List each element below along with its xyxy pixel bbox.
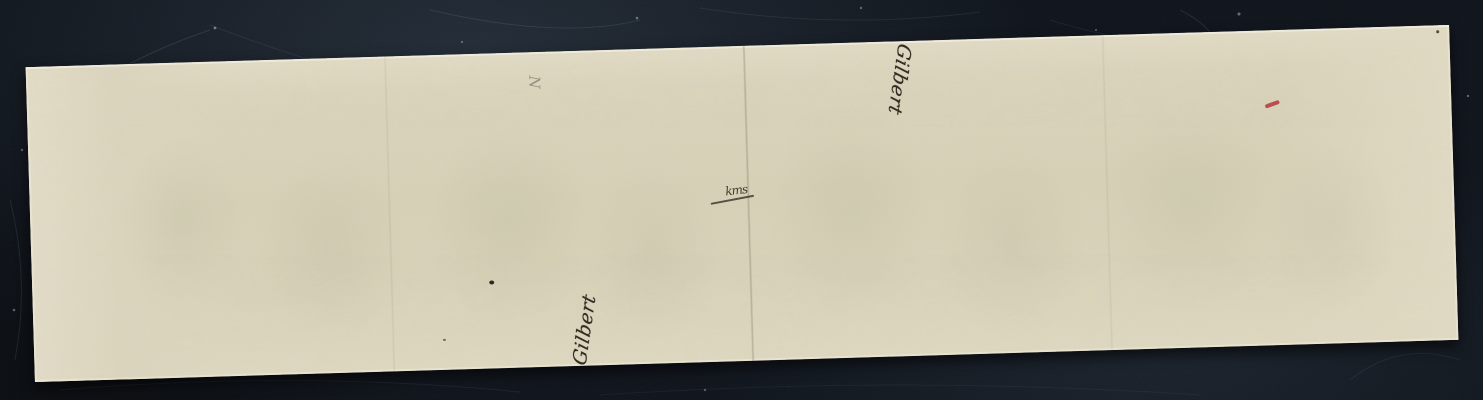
pencil-scribble-mark: kms — [709, 180, 767, 208]
ink-speck — [489, 280, 494, 284]
stamp-strip-reverse: Gilbert Gilbert N kms — [26, 25, 1459, 382]
expert-signature-top: Gilbert — [884, 41, 916, 117]
fold-line-right — [1101, 35, 1113, 350]
pencil-initial-mark: N — [525, 75, 543, 88]
ink-speck-corner — [1436, 30, 1439, 33]
ink-speck-small — [443, 339, 446, 341]
photograph: Gilbert Gilbert N kms — [0, 0, 1483, 400]
expert-signature-bottom: Gilbert — [569, 291, 601, 367]
red-pencil-mark — [1265, 100, 1280, 109]
fold-line-left — [383, 56, 395, 371]
